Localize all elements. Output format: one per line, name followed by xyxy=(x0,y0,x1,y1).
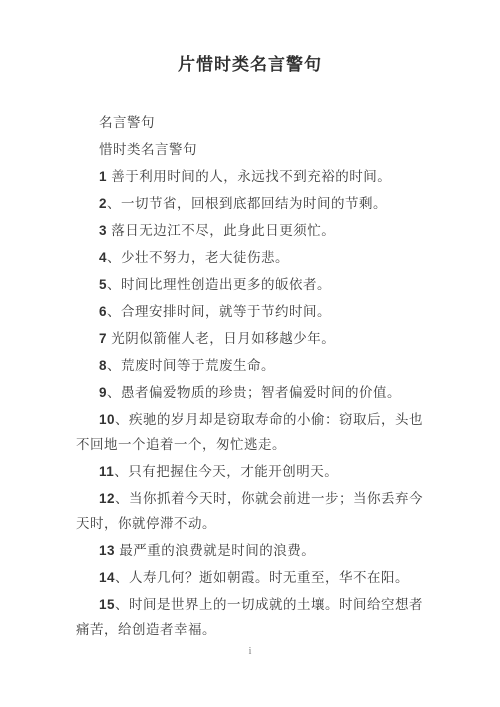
quote-text: 只有把握住今天，才能开创明天。 xyxy=(128,464,338,479)
quote-text: 愚者偏爱物质的珍贵；智者偏爱时间的价值。 xyxy=(121,385,401,400)
quote-paragraph: 8、荒废时间等于荒废生命。 xyxy=(76,353,424,378)
quote-number: 1 xyxy=(99,169,107,184)
quote-text: 落日无边江不尽，此身此日更须忙。 xyxy=(111,223,335,238)
quote-text: 善于利用时间的人，永远找不到充裕的时间。 xyxy=(111,169,391,184)
quote-paragraph: 3 落日无边江不尽，此身此日更须忙。 xyxy=(76,218,424,243)
quote-text: 合理安排时间，就等于节约时间。 xyxy=(121,304,331,319)
quote-paragraph: 4、少壮不努力，老大徒伤悲。 xyxy=(76,245,424,270)
quote-paragraph: 2、一切节省，回根到底都回结为时间的节剩。 xyxy=(76,191,424,216)
quote-number: 12 xyxy=(99,491,115,506)
quote-separator: 、 xyxy=(107,385,121,400)
quote-paragraph: 10、疾驰的岁月却是窃取寿命的小偷：窃取后，头也不回地一个追着一个，匆忙逃走。 xyxy=(76,407,424,457)
quote-text: 时间是世界上的一切成就的土壤。时间给空想者痛苦，给创造者幸福。 xyxy=(76,597,423,637)
paragraph-text: 惜时类名言警句 xyxy=(99,142,197,157)
quote-number: 13 xyxy=(99,543,115,558)
quote-text: 人寿几何？逝如朝霞。时无重至，华不在阳。 xyxy=(129,570,409,585)
quote-number: 10 xyxy=(99,412,115,427)
quote-text: 时间比理性创造出更多的皈依者。 xyxy=(121,277,331,292)
quote-text: 一切节省，回根到底都回结为时间的节剩。 xyxy=(121,196,387,211)
quote-separator: 、 xyxy=(114,464,128,479)
quote-paragraph: 9、愚者偏爱物质的珍贵；智者偏爱时间的价值。 xyxy=(76,380,424,405)
quote-number: 8 xyxy=(99,358,107,373)
quote-paragraph: 7 光阴似箭催人老，日月如移越少年。 xyxy=(76,326,424,351)
quote-separator: 、 xyxy=(107,358,121,373)
quote-separator: 、 xyxy=(115,597,129,612)
quote-paragraph: 14、人寿几何？逝如朝霞。时无重至，华不在阳。 xyxy=(76,565,424,590)
quote-number: 5 xyxy=(99,277,107,292)
quote-paragraph: 5、时间比理性创造出更多的皈依者。 xyxy=(76,272,424,297)
quote-paragraph: 6、合理安排时间，就等于节约时间。 xyxy=(76,299,424,324)
quote-text: 光阴似箭催人老，日月如移越少年。 xyxy=(111,331,335,346)
document-body: 名言警句 惜时类名言警句 1 善于利用时间的人，永远找不到充裕的时间。 2、一切… xyxy=(76,110,424,644)
quote-separator: 、 xyxy=(107,277,121,292)
quote-separator: 、 xyxy=(107,250,121,265)
quote-separator: 、 xyxy=(115,412,129,427)
document-page: 片惜时类名言警句 名言警句 惜时类名言警句 1 善于利用时间的人，永远找不到充裕… xyxy=(0,0,500,707)
quote-paragraph: 1 善于利用时间的人，永远找不到充裕的时间。 xyxy=(76,164,424,189)
quote-text: 荒废时间等于荒废生命。 xyxy=(121,358,275,373)
quote-text: 当你抓着今天时，你就会前进一步；当你丢弃今天时，你就停滞不动。 xyxy=(76,491,423,531)
page-number: i xyxy=(0,646,500,657)
quote-separator: 、 xyxy=(115,570,129,585)
quote-text: 少壮不努力，老大徒伤悲。 xyxy=(121,250,289,265)
quote-paragraph: 15、时间是世界上的一切成就的土壤。时间给空想者痛苦，给创造者幸福。 xyxy=(76,592,424,642)
quote-number: 9 xyxy=(99,385,107,400)
document-title: 片惜时类名言警句 xyxy=(0,0,500,75)
quote-separator: 、 xyxy=(115,491,129,506)
quote-separator: 、 xyxy=(107,196,121,211)
quote-paragraph: 13 最严重的浪费就是时间的浪费。 xyxy=(76,538,424,563)
quote-number: 4 xyxy=(99,250,107,265)
quote-paragraph: 12、当你抓着今天时，你就会前进一步；当你丢弃今天时，你就停滞不动。 xyxy=(76,486,424,536)
quote-number: 11 xyxy=(99,464,114,479)
section-heading: 惜时类名言警句 xyxy=(76,137,424,162)
quote-text: 最严重的浪费就是时间的浪费。 xyxy=(119,543,315,558)
quote-separator: 、 xyxy=(107,304,121,319)
paragraph-text: 名言警句 xyxy=(99,115,155,130)
quote-number: 6 xyxy=(99,304,107,319)
quote-number: 2 xyxy=(99,196,107,211)
section-heading: 名言警句 xyxy=(76,110,424,135)
quote-paragraph: 11、只有把握住今天，才能开创明天。 xyxy=(76,459,424,484)
quote-number: 7 xyxy=(99,331,107,346)
quote-number: 14 xyxy=(99,570,115,585)
quote-text: 疾驰的岁月却是窃取寿命的小偷：窃取后，头也不回地一个追着一个，匆忙逃走。 xyxy=(76,412,423,452)
quote-number: 3 xyxy=(99,223,107,238)
quote-number: 15 xyxy=(99,597,115,612)
